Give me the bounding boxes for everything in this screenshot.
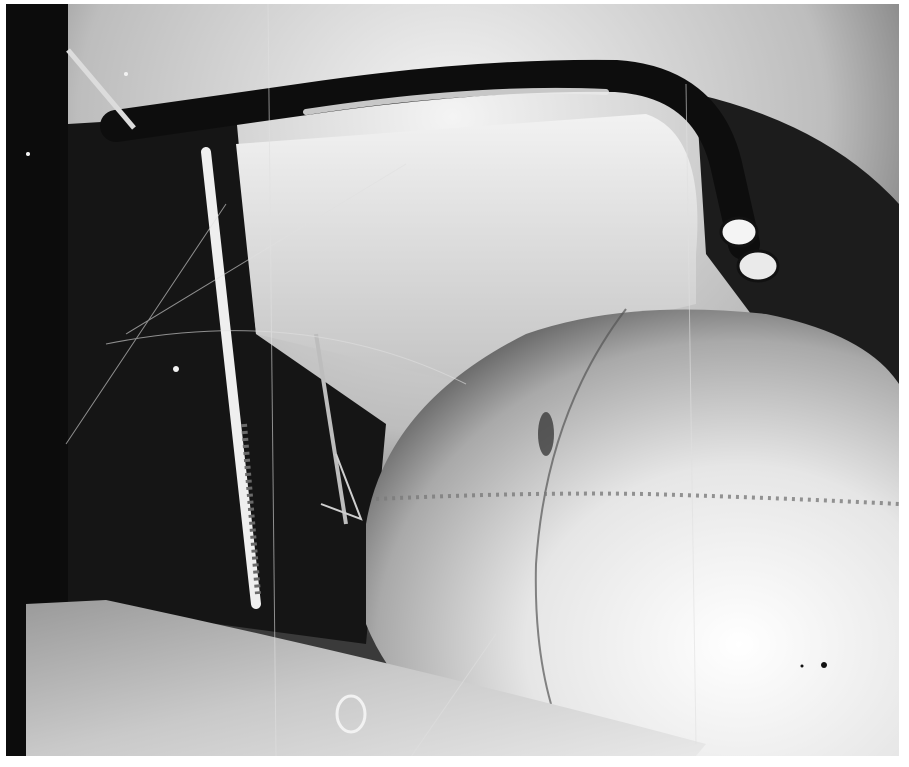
pipe-fitting-upper	[721, 218, 757, 246]
tank-dark-spot	[538, 412, 554, 456]
archival-photo	[6, 4, 899, 756]
photo-frame	[0, 0, 909, 767]
pipe-fitting-lower	[738, 251, 778, 281]
photo-illustration	[6, 4, 899, 756]
